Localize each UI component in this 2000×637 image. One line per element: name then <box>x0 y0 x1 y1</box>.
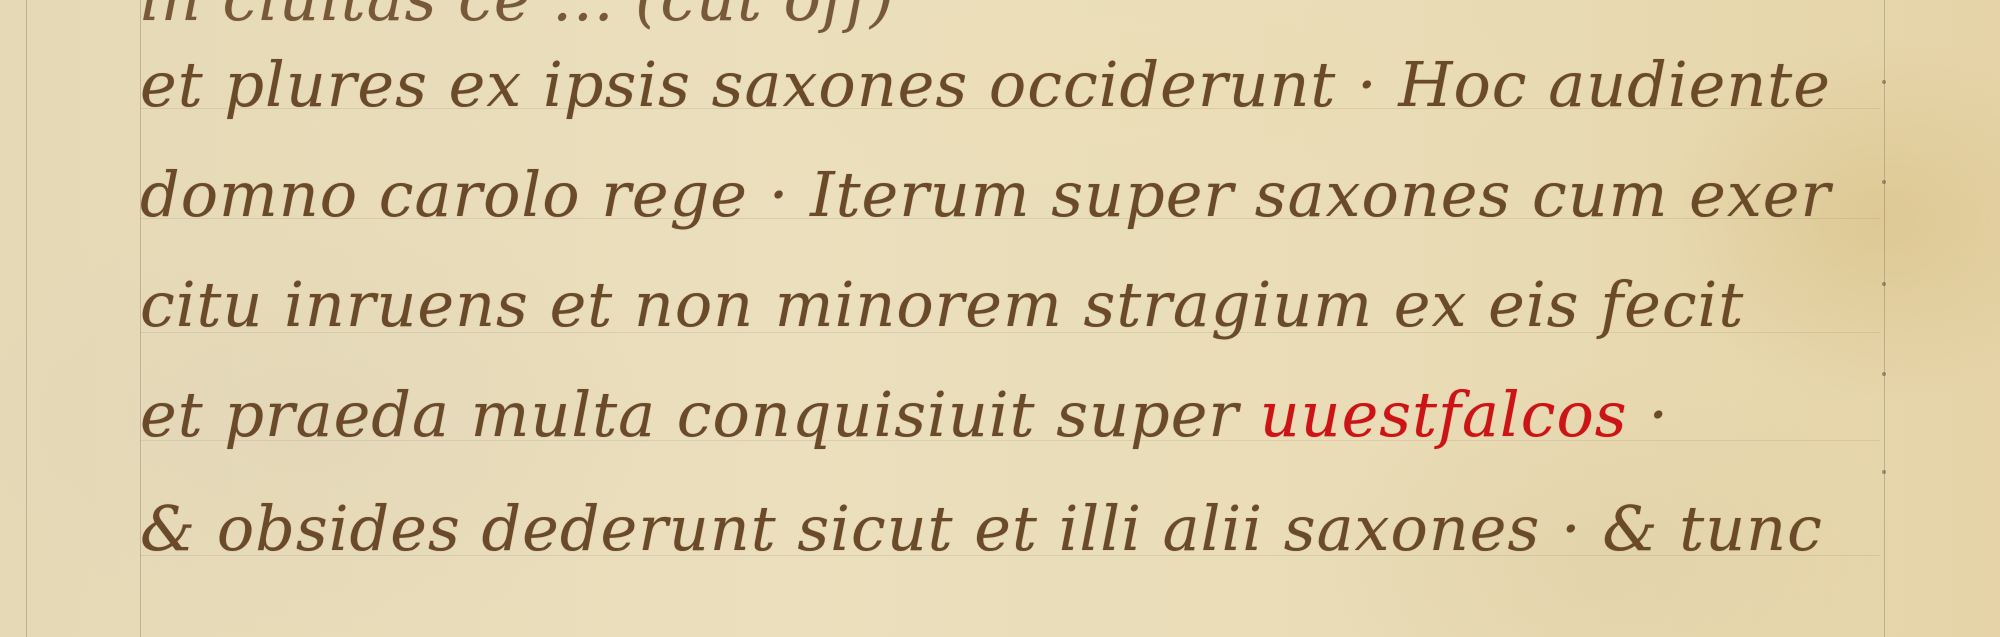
manuscript-line: domno carolo rege · Iterum super saxones… <box>140 158 1831 231</box>
manuscript-line-partial: in ciuitas ce ... (cut off) <box>140 0 895 35</box>
pricking-mark <box>1882 180 1886 184</box>
left-margin-ruling <box>26 0 27 637</box>
manuscript-line: et praeda multa conquisiuit super uuestf… <box>140 378 1669 451</box>
text-segment: et praeda multa conquisiuit super <box>140 378 1260 451</box>
text-segment: & obsides dederunt sicut et illi alii sa… <box>140 492 1823 565</box>
manuscript-line: et plures ex ipsis saxones occiderunt · … <box>140 48 1831 121</box>
manuscript-line: citu inruens et non minorem stragium ex … <box>140 268 1744 341</box>
rubric-text: uuestfalcos <box>1260 378 1628 451</box>
text-segment: in ciuitas ce ... (cut off) <box>140 0 895 35</box>
text-segment: domno carolo rege · Iterum super saxones… <box>140 158 1831 231</box>
right-margin-ruling <box>1884 0 1885 637</box>
text-segment: et plures ex ipsis saxones occiderunt · … <box>140 48 1831 121</box>
pricking-mark <box>1882 470 1886 474</box>
pricking-mark <box>1882 372 1886 376</box>
text-segment: citu inruens et non minorem stragium ex … <box>140 268 1744 341</box>
punctus-mark: · <box>1628 378 1669 451</box>
pricking-mark <box>1882 80 1886 84</box>
manuscript-line: & obsides dederunt sicut et illi alii sa… <box>140 492 1823 565</box>
pricking-mark <box>1882 282 1886 286</box>
